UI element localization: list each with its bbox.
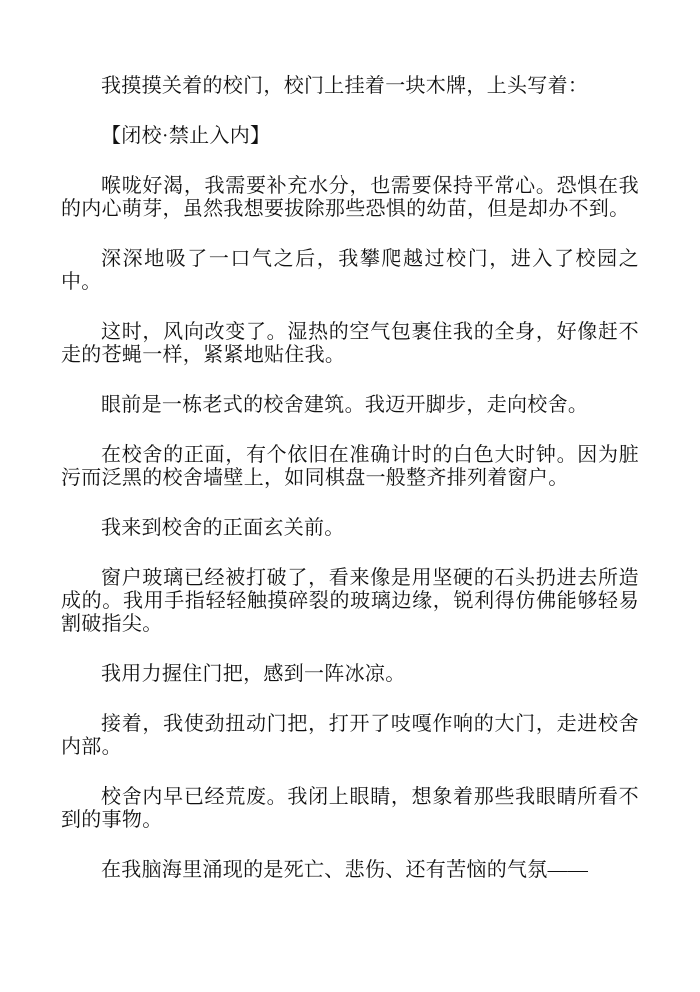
paragraph: 这时，风向改变了。湿热的空气包裹住我的全身，好像赶不走的苍蝇一样，紧紧地贴住我。 — [61, 321, 639, 367]
paragraph: 我摸摸关着的校门，校门上挂着一块木牌，上头写着： — [61, 75, 639, 98]
paragraph: 窗户玻璃已经被打破了，看来像是用坚硬的石头扔进去所造成的。我用手指轻轻触摸碎裂的… — [61, 567, 639, 636]
paragraph: 在我脑海里涌现的是死亡、悲伤、还有苦恼的气氛—— — [61, 859, 639, 882]
paragraph: 校舍内早已经荒废。我闭上眼睛，想象着那些我眼睛所看不到的事物。 — [61, 786, 639, 832]
paragraph: 在校舍的正面，有个依旧在准确计时的白色大时钟。因为脏污而泛黑的校舍墙壁上，如同棋… — [61, 444, 639, 490]
paragraph: 眼前是一栋老式的校舍建筑。我迈开脚步，走向校舍。 — [61, 394, 639, 417]
paragraph: 接着，我使劲扭动门把，打开了吱嘎作响的大门，走进校舍内部。 — [61, 713, 639, 759]
paragraph: 我用力握住门把，感到一阵冰凉。 — [61, 663, 639, 686]
paragraph: 喉咙好渴，我需要补充水分，也需要保持平常心。恐惧在我的内心萌芽，虽然我想要拔除那… — [61, 175, 639, 221]
paragraph: 我来到校舍的正面玄关前。 — [61, 517, 639, 540]
notice-line: 【闭校·禁止入内】 — [61, 125, 639, 148]
document-page: 我摸摸关着的校门，校门上挂着一块木牌，上头写着： 【闭校·禁止入内】 喉咙好渴，… — [0, 0, 700, 992]
paragraph: 深深地吸了一口气之后，我攀爬越过校门，进入了校园之中。 — [61, 248, 639, 294]
